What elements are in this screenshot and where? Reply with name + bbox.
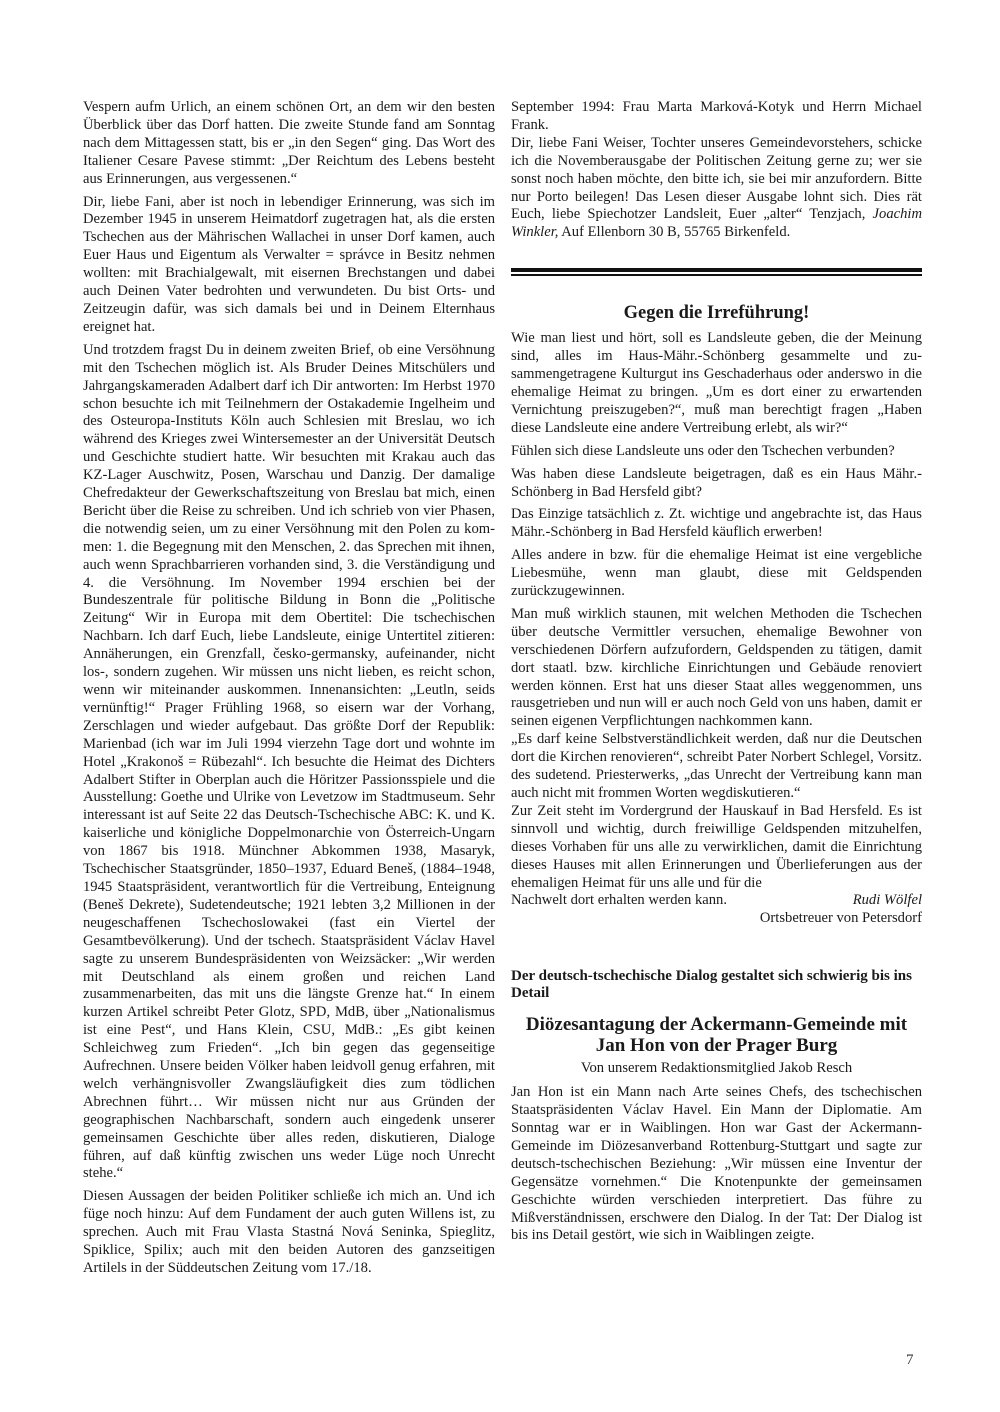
paragraph-september-1994: September 1994: Frau Marta Marková-Kotyk… [511,99,922,135]
paragraph-fani-weiser: Dir, liebe Fani Weiser, Tochter unseres … [511,135,922,242]
page-number: 7 [906,1352,914,1369]
author-signature: Rudi Wölfel [853,892,922,910]
article-body: Jan Hon ist ein Mann nach Arte seines Ch… [511,1084,922,1245]
article-paragraph: „Es darf keine Selbstverständlichkeit we… [511,731,922,803]
article-dioezesantagung: Der deutsch-tschechische Dialog gestalte… [511,968,922,1245]
signature-line: Nachwelt dort erhalten werden kann. Rudi… [511,892,922,910]
section-divider [511,268,922,277]
article-paragraph: Was haben diese Landsleute beigetragen, … [511,466,922,502]
article-paragraph: Zur Zeit steht im Vordergrund der Hauska… [511,803,922,893]
article-headline: Gegen die Irreführung! [511,302,922,324]
article-paragraph: Alles andere in bzw. für die ehemalige H… [511,547,922,601]
article-last-line: Nachwelt dort erhalten werden kann. [511,892,727,910]
article-title: Diözesantagung der Ackermann-Gemeinde mi… [511,1014,922,1056]
article-paragraph: Man muß wirklich staunen, mit welchen Me… [511,606,922,731]
author-address: Auf Ellenborn 30 B, 55765 Bir­kenfeld. [558,224,790,240]
article-paragraph: Das Einzige tatsächlich z. Zt. wichtige … [511,506,922,542]
article-byline: Von unserem Redaktionsmitglied Jakob Res… [511,1060,922,1078]
paragraph-vespern: Vespern aufm Urlich, an einem schönen Or… [83,99,495,189]
article-gegen-irrefuehrung: Gegen die Irreführung! Wie man liest und… [511,302,922,928]
author-role: Ortsbetreuer von Petersdorf [511,910,922,928]
paragraph-versoehnung: Und trotzdem fragst Du in deinem zweiten… [83,342,495,1184]
left-column: Vespern aufm Urlich, an einem schönen Or… [83,99,495,1283]
paragraph-aussagen-politiker: Diesen Aussagen der beiden Politiker sch… [83,1188,495,1278]
letter-text: Dir, liebe Fani Weiser, Tochter unseres … [511,135,922,223]
divider-thick-line [511,268,922,272]
article-paragraph: Wie man liest und hört, soll es Landsleu… [511,330,922,437]
article-paragraph: Fühlen sich diese Landsleute uns oder de… [511,443,922,461]
divider-thin-line [511,274,922,276]
article-kicker: Der deutsch-tschechische Dialog gestalte… [511,968,922,1002]
right-column: September 1994: Frau Marta Marková-Kotyk… [511,99,922,1250]
paragraph-fani-erinnerung: Dir, liebe Fani, aber ist noch in lebend… [83,194,495,337]
